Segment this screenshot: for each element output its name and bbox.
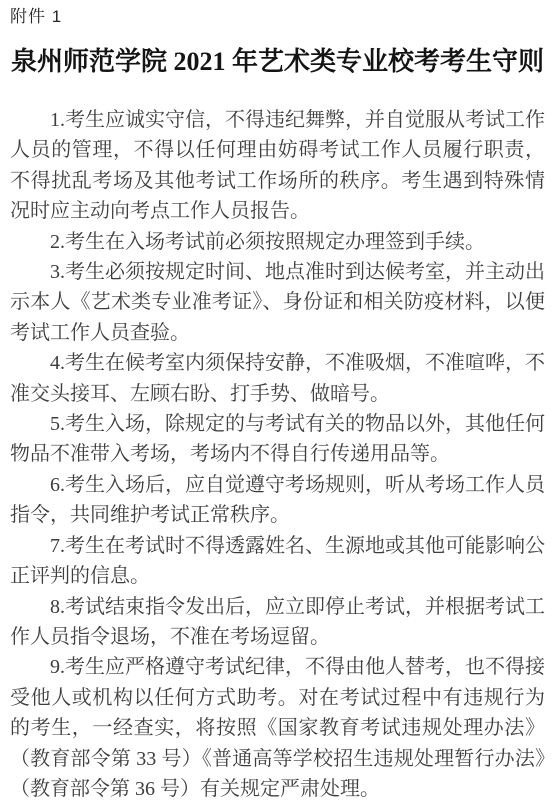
attachment-label: 附件 1 (10, 6, 545, 28)
rule-paragraph-5: 5.考生入场，除规定的与考试有关的物品以外，其他任何物品不准带入考场，考场内不得… (10, 409, 545, 470)
document-page: 附件 1 泉州师范学院 2021 年艺术类专业校考考生守则 1.考生应诚实守信，… (0, 0, 553, 812)
rule-paragraph-3: 3.考生必须按规定时间、地点准时到达候考室，并主动出示本人《艺术类专业准考证》、… (10, 257, 545, 348)
document-body: 1.考生应诚实守信，不得违纪舞弊，并自觉服从考试工作人员的管理，不得以任何理由妨… (10, 105, 545, 804)
rule-paragraph-9: 9.考生应严格遵守考试纪律，不得由他人替考，也不得接受他人或机构以任何方式助考。… (10, 652, 545, 804)
rule-paragraph-7: 7.考生在考试时不得透露姓名、生源地或其他可能影响公正评判的信息。 (10, 531, 545, 592)
rule-paragraph-4: 4.考生在候考室内须保持安静，不准吸烟，不准喧哗，不准交头接耳、左顾右盼、打手势… (10, 348, 545, 409)
rule-paragraph-2: 2.考生在入场考试前必须按照规定办理签到手续。 (10, 227, 545, 257)
rule-paragraph-6: 6.考生入场后，应自觉遵守考场规则，听从考场工作人员指令，共同维护考试正常秩序。 (10, 470, 545, 531)
rule-paragraph-1: 1.考生应诚实守信，不得违纪舞弊，并自觉服从考试工作人员的管理，不得以任何理由妨… (10, 105, 545, 227)
rule-paragraph-8: 8.考试结束指令发出后，应立即停止考试，并根据考试工作人员指令退场，不准在考场逗… (10, 592, 545, 653)
document-title: 泉州师范学院 2021 年艺术类专业校考考生守则 (10, 44, 545, 80)
